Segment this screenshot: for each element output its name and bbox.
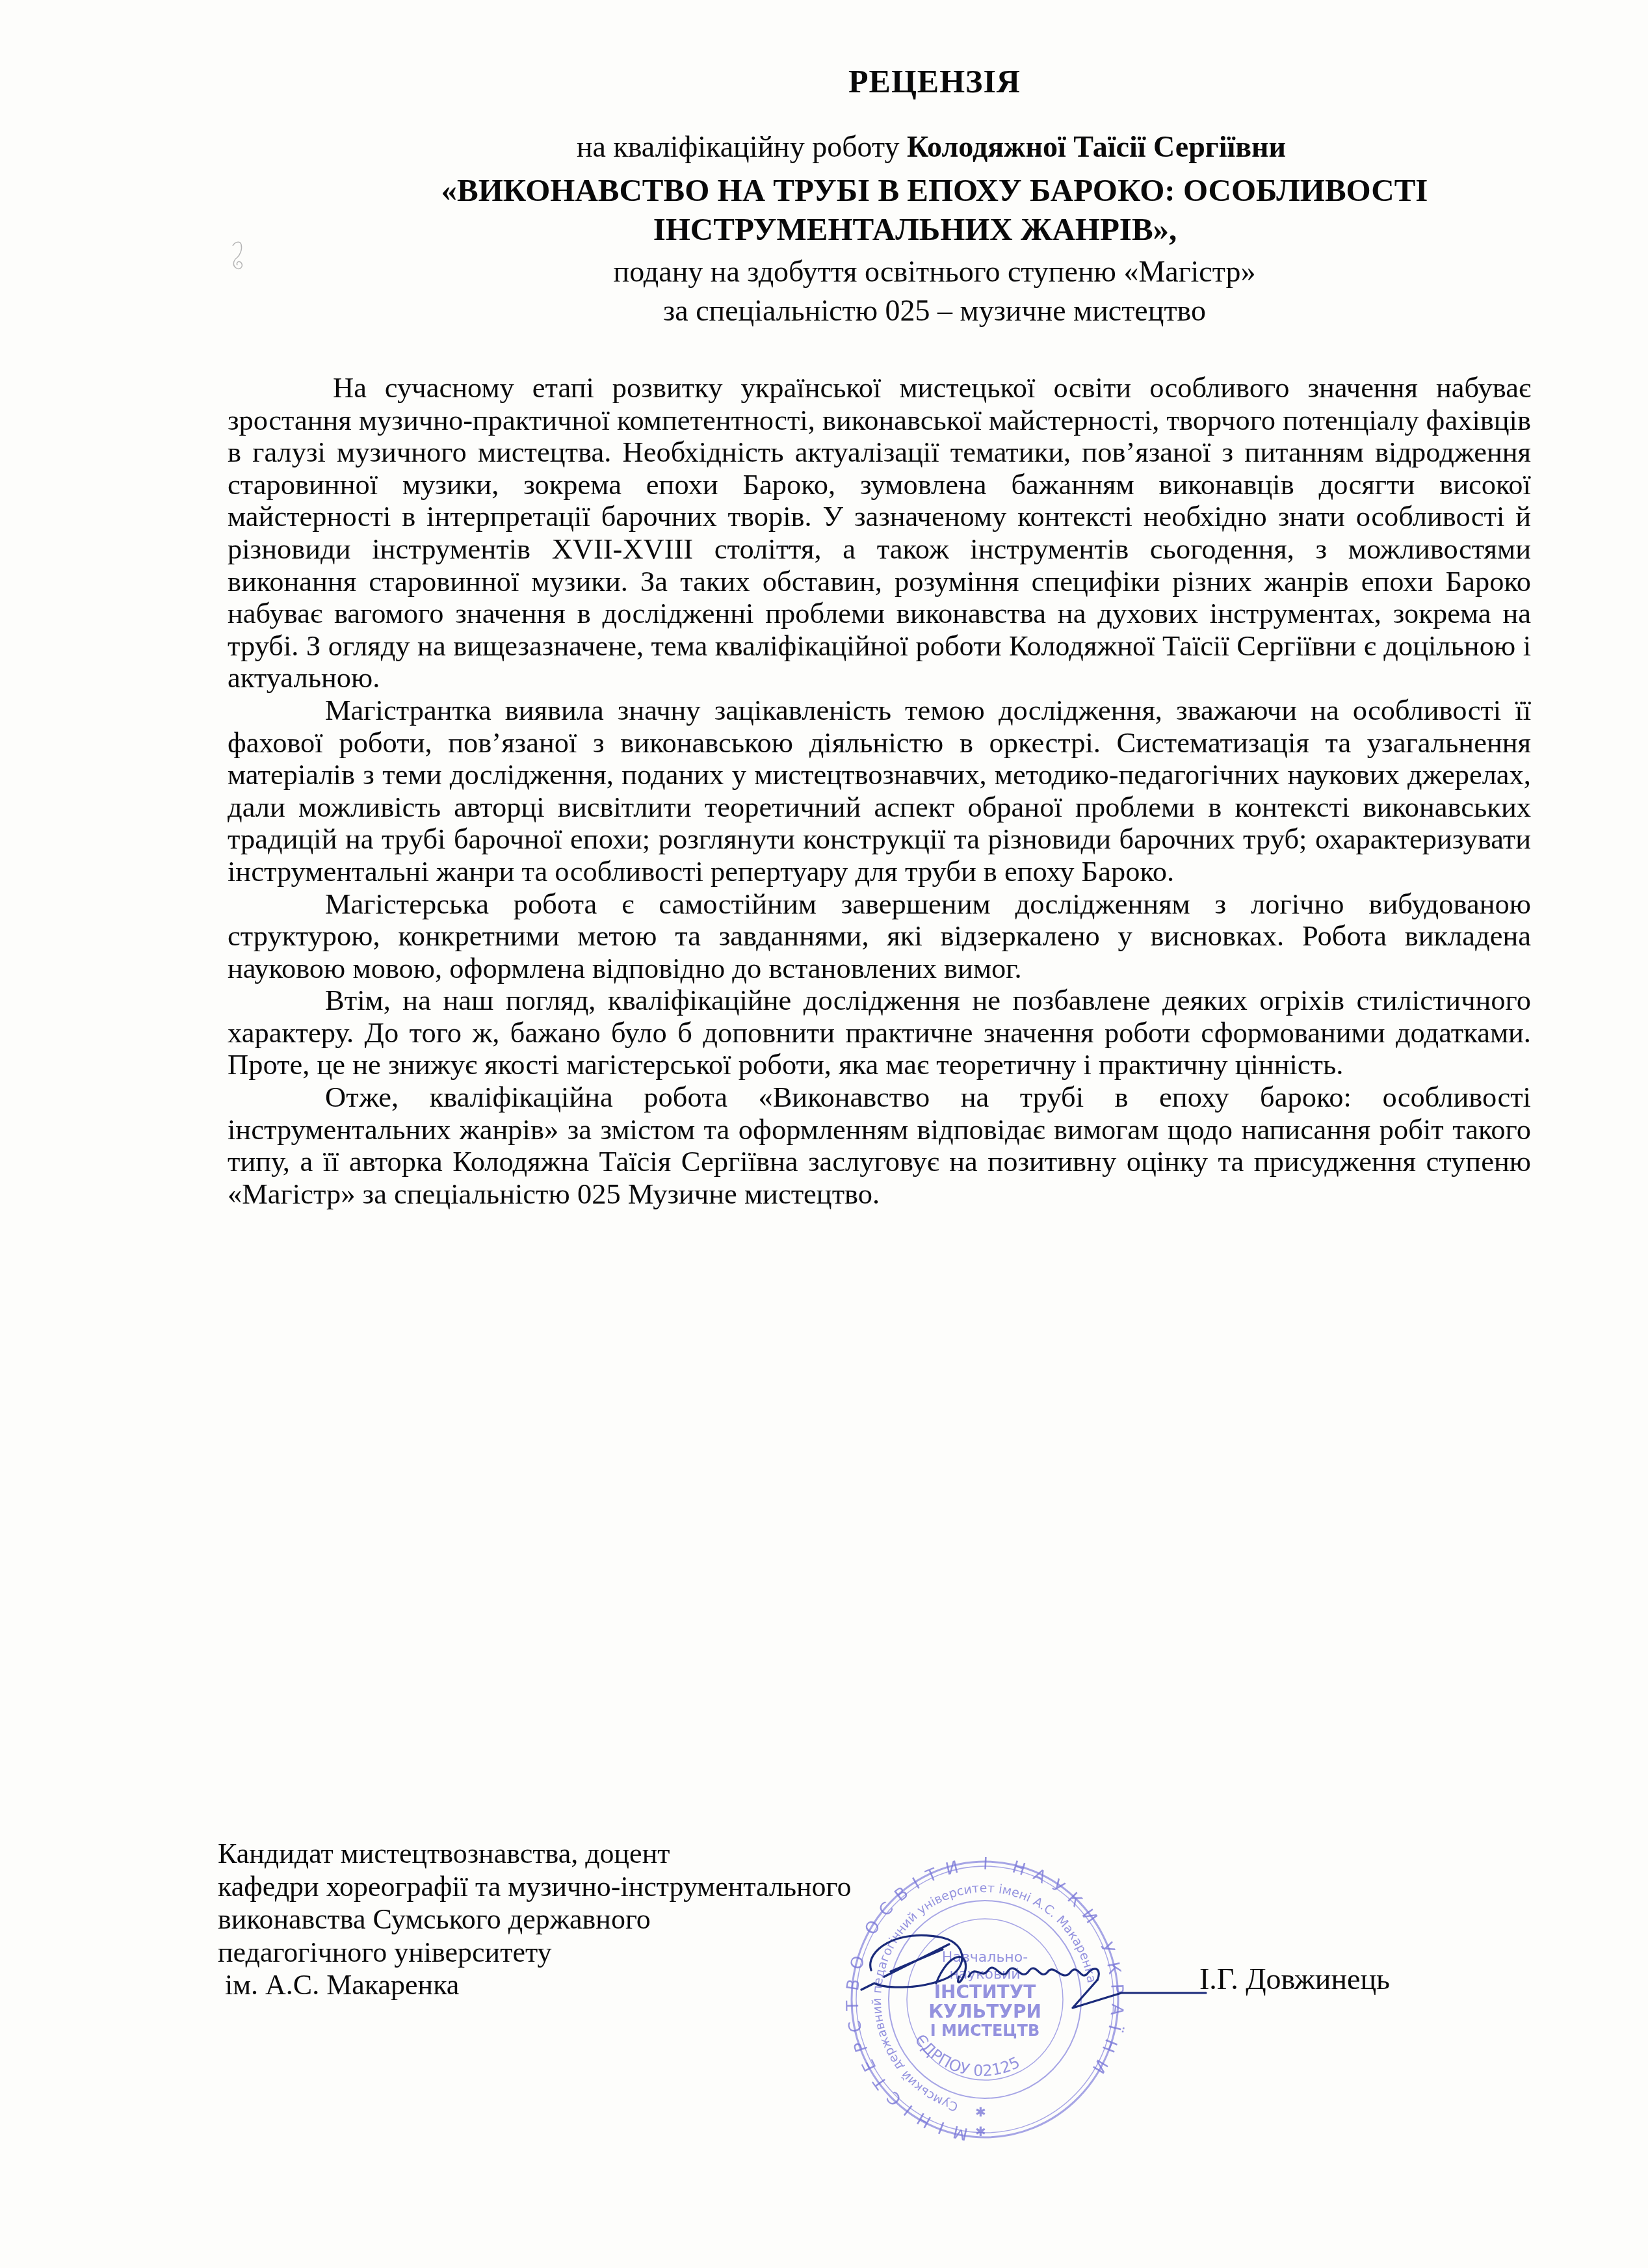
paragraph-structure: Магістерська робота є самостійним заверш… — [228, 888, 1531, 985]
svg-text:✱: ✱ — [975, 2104, 986, 2120]
work-title-line-1: «ВИКОНАВСТВО НА ТРУБІ В ЕПОХУ БАРОКО: ОС… — [0, 172, 1648, 209]
review-body: На сучасному етапі розвитку української … — [228, 372, 1531, 1210]
degree-line: подану на здобуття освітнього ступеню «М… — [0, 254, 1648, 290]
svg-text:І МИСТЕЦТВ: І МИСТЕЦТВ — [930, 2022, 1040, 2040]
review-subject-prefix: на кваліфікаційну роботу — [577, 130, 907, 163]
paragraph-relevance: На сучасному етапі розвитку української … — [228, 372, 1531, 694]
reviewer-credentials: Кандидат мистецтвознавства, доценткафедр… — [218, 1838, 851, 2002]
paragraph-conclusion: Отже, кваліфікаційна робота «Виконавство… — [228, 1081, 1531, 1210]
credentials-line: кафедри хореографії та музично-інструмен… — [218, 1871, 851, 1904]
credentials-line: виконавства Сумського державного — [218, 1903, 851, 1936]
credentials-line: Кандидат мистецтвознавства, доцент — [218, 1838, 851, 1871]
svg-text:✱: ✱ — [975, 2124, 986, 2139]
credentials-line: ім. А.С. Макаренка — [218, 1969, 851, 2002]
work-title-line-2: ІНСТРУМЕНТАЛЬНИХ ЖАНРІВ», — [0, 211, 1648, 248]
review-document-page: РЕЦЕНЗІЯ на кваліфікаційну роботу Колодя… — [0, 0, 1648, 2268]
handwritten-signature-icon — [845, 1925, 1209, 2016]
credentials-line: педагогічного університету — [218, 1936, 851, 1970]
author-name: Колодяжної Таїсії Сергіївни — [907, 130, 1286, 163]
paragraph-research-content: Магістрантка виявила значну зацікавленіс… — [228, 694, 1531, 888]
paragraph-remarks: Втім, на наш погляд, кваліфікаційне досл… — [228, 984, 1531, 1081]
review-subject-line: на кваліфікаційну роботу Колодяжної Таїс… — [0, 129, 1648, 165]
signer-name: І.Г. Довжинець — [1199, 1961, 1390, 1998]
document-title: РЕЦЕНЗІЯ — [0, 62, 1648, 100]
specialty-line: за спеціальністю 025 – музичне мистецтво — [0, 293, 1648, 329]
